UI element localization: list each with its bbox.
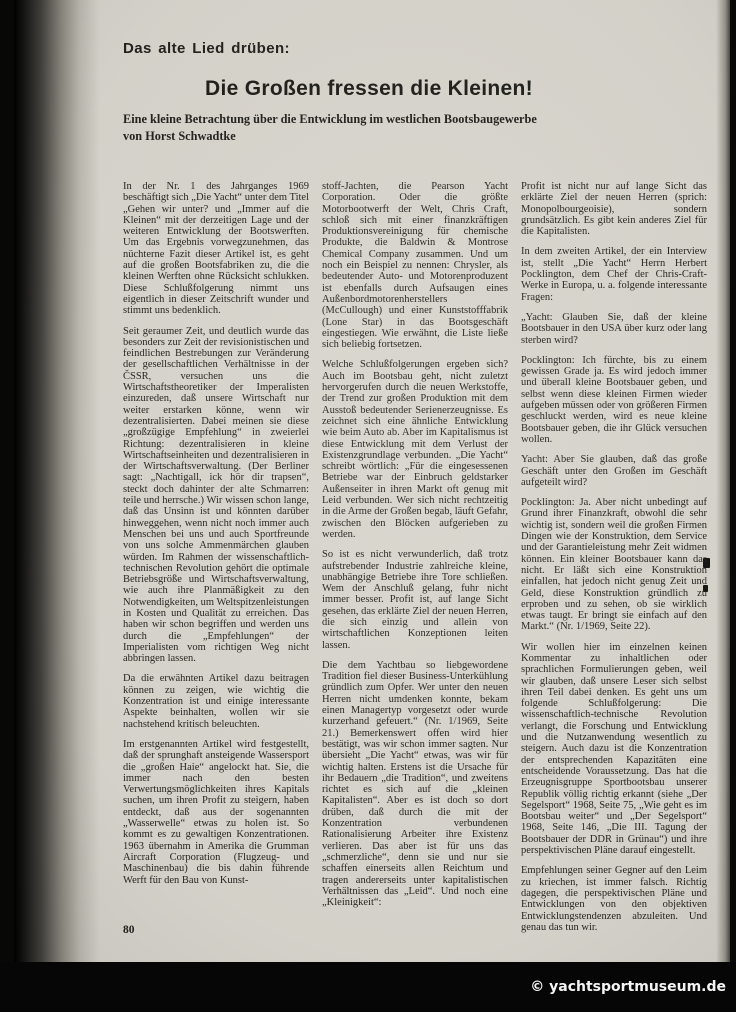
article-title: Die Großen fressen die Kleinen! — [123, 77, 615, 101]
paragraph: „Yacht: Glauben Sie, daß der kleine Boot… — [521, 312, 707, 346]
text-column-2: stoff-Jachten, die Pearson Yacht Corpora… — [322, 181, 508, 942]
paragraph: Pocklington: Ich fürchte, bis zu einem g… — [521, 355, 707, 445]
subtitle-line-2: von Horst Schwadtke — [123, 128, 683, 145]
page-right-edge-shadow — [716, 0, 730, 962]
article-body: In der Nr. 1 des Jahrganges 1969 beschäf… — [123, 181, 707, 942]
scanned-page: Das alte Lied drüben: Die Großen fressen… — [0, 0, 736, 1012]
paragraph: Da die erwähnten Artikel dazu beitragen … — [123, 673, 309, 729]
watermark-text: © yachtsportmuseum.de — [530, 979, 726, 995]
subtitle-line-1: Eine kleine Betrachtung über die Entwick… — [123, 111, 683, 128]
paragraph: Yacht: Aber Sie glauben, daß das große G… — [521, 454, 707, 488]
paragraph: Pocklington: Ja. Aber nicht unbedingt au… — [521, 497, 707, 633]
text-column-3: Profit ist nicht nur auf lange Sicht das… — [521, 181, 707, 942]
paragraph: stoff-Jachten, die Pearson Yacht Corpora… — [322, 181, 508, 350]
paragraph: Im erstgenannten Artikel wird festgestel… — [123, 739, 309, 886]
paragraph: Die dem Yachtbau so liebgewordene Tradit… — [322, 660, 508, 909]
paragraph: So ist es nicht verwunderlich, daß trotz… — [322, 549, 508, 651]
paragraph: Empfehlungen seiner Gegner auf den Leim … — [521, 865, 707, 933]
article-kicker: Das alte Lied drüben: — [123, 40, 290, 57]
page-number: 80 — [123, 924, 135, 936]
scan-black-margin: © yachtsportmuseum.de — [0, 962, 736, 1012]
magazine-page: Das alte Lied drüben: Die Großen fressen… — [14, 0, 730, 962]
article-subtitle: Eine kleine Betrachtung über die Entwick… — [123, 111, 683, 145]
paragraph: In der Nr. 1 des Jahrganges 1969 beschäf… — [123, 181, 309, 317]
paragraph: Profit ist nicht nur auf lange Sicht das… — [521, 181, 707, 237]
paragraph: In dem zweiten Artikel, der ein Intervie… — [521, 246, 707, 302]
text-column-1: In der Nr. 1 des Jahrganges 1969 beschäf… — [123, 181, 309, 942]
book-binding-shadow — [14, 0, 100, 962]
paragraph: Welche Schlußfolgerungen ergeben sich? A… — [322, 359, 508, 540]
paragraph: Wir wollen hier im einzelnen keinen Komm… — [521, 642, 707, 857]
paragraph: Seit geraumer Zeit, und deutlich wurde d… — [123, 326, 309, 665]
